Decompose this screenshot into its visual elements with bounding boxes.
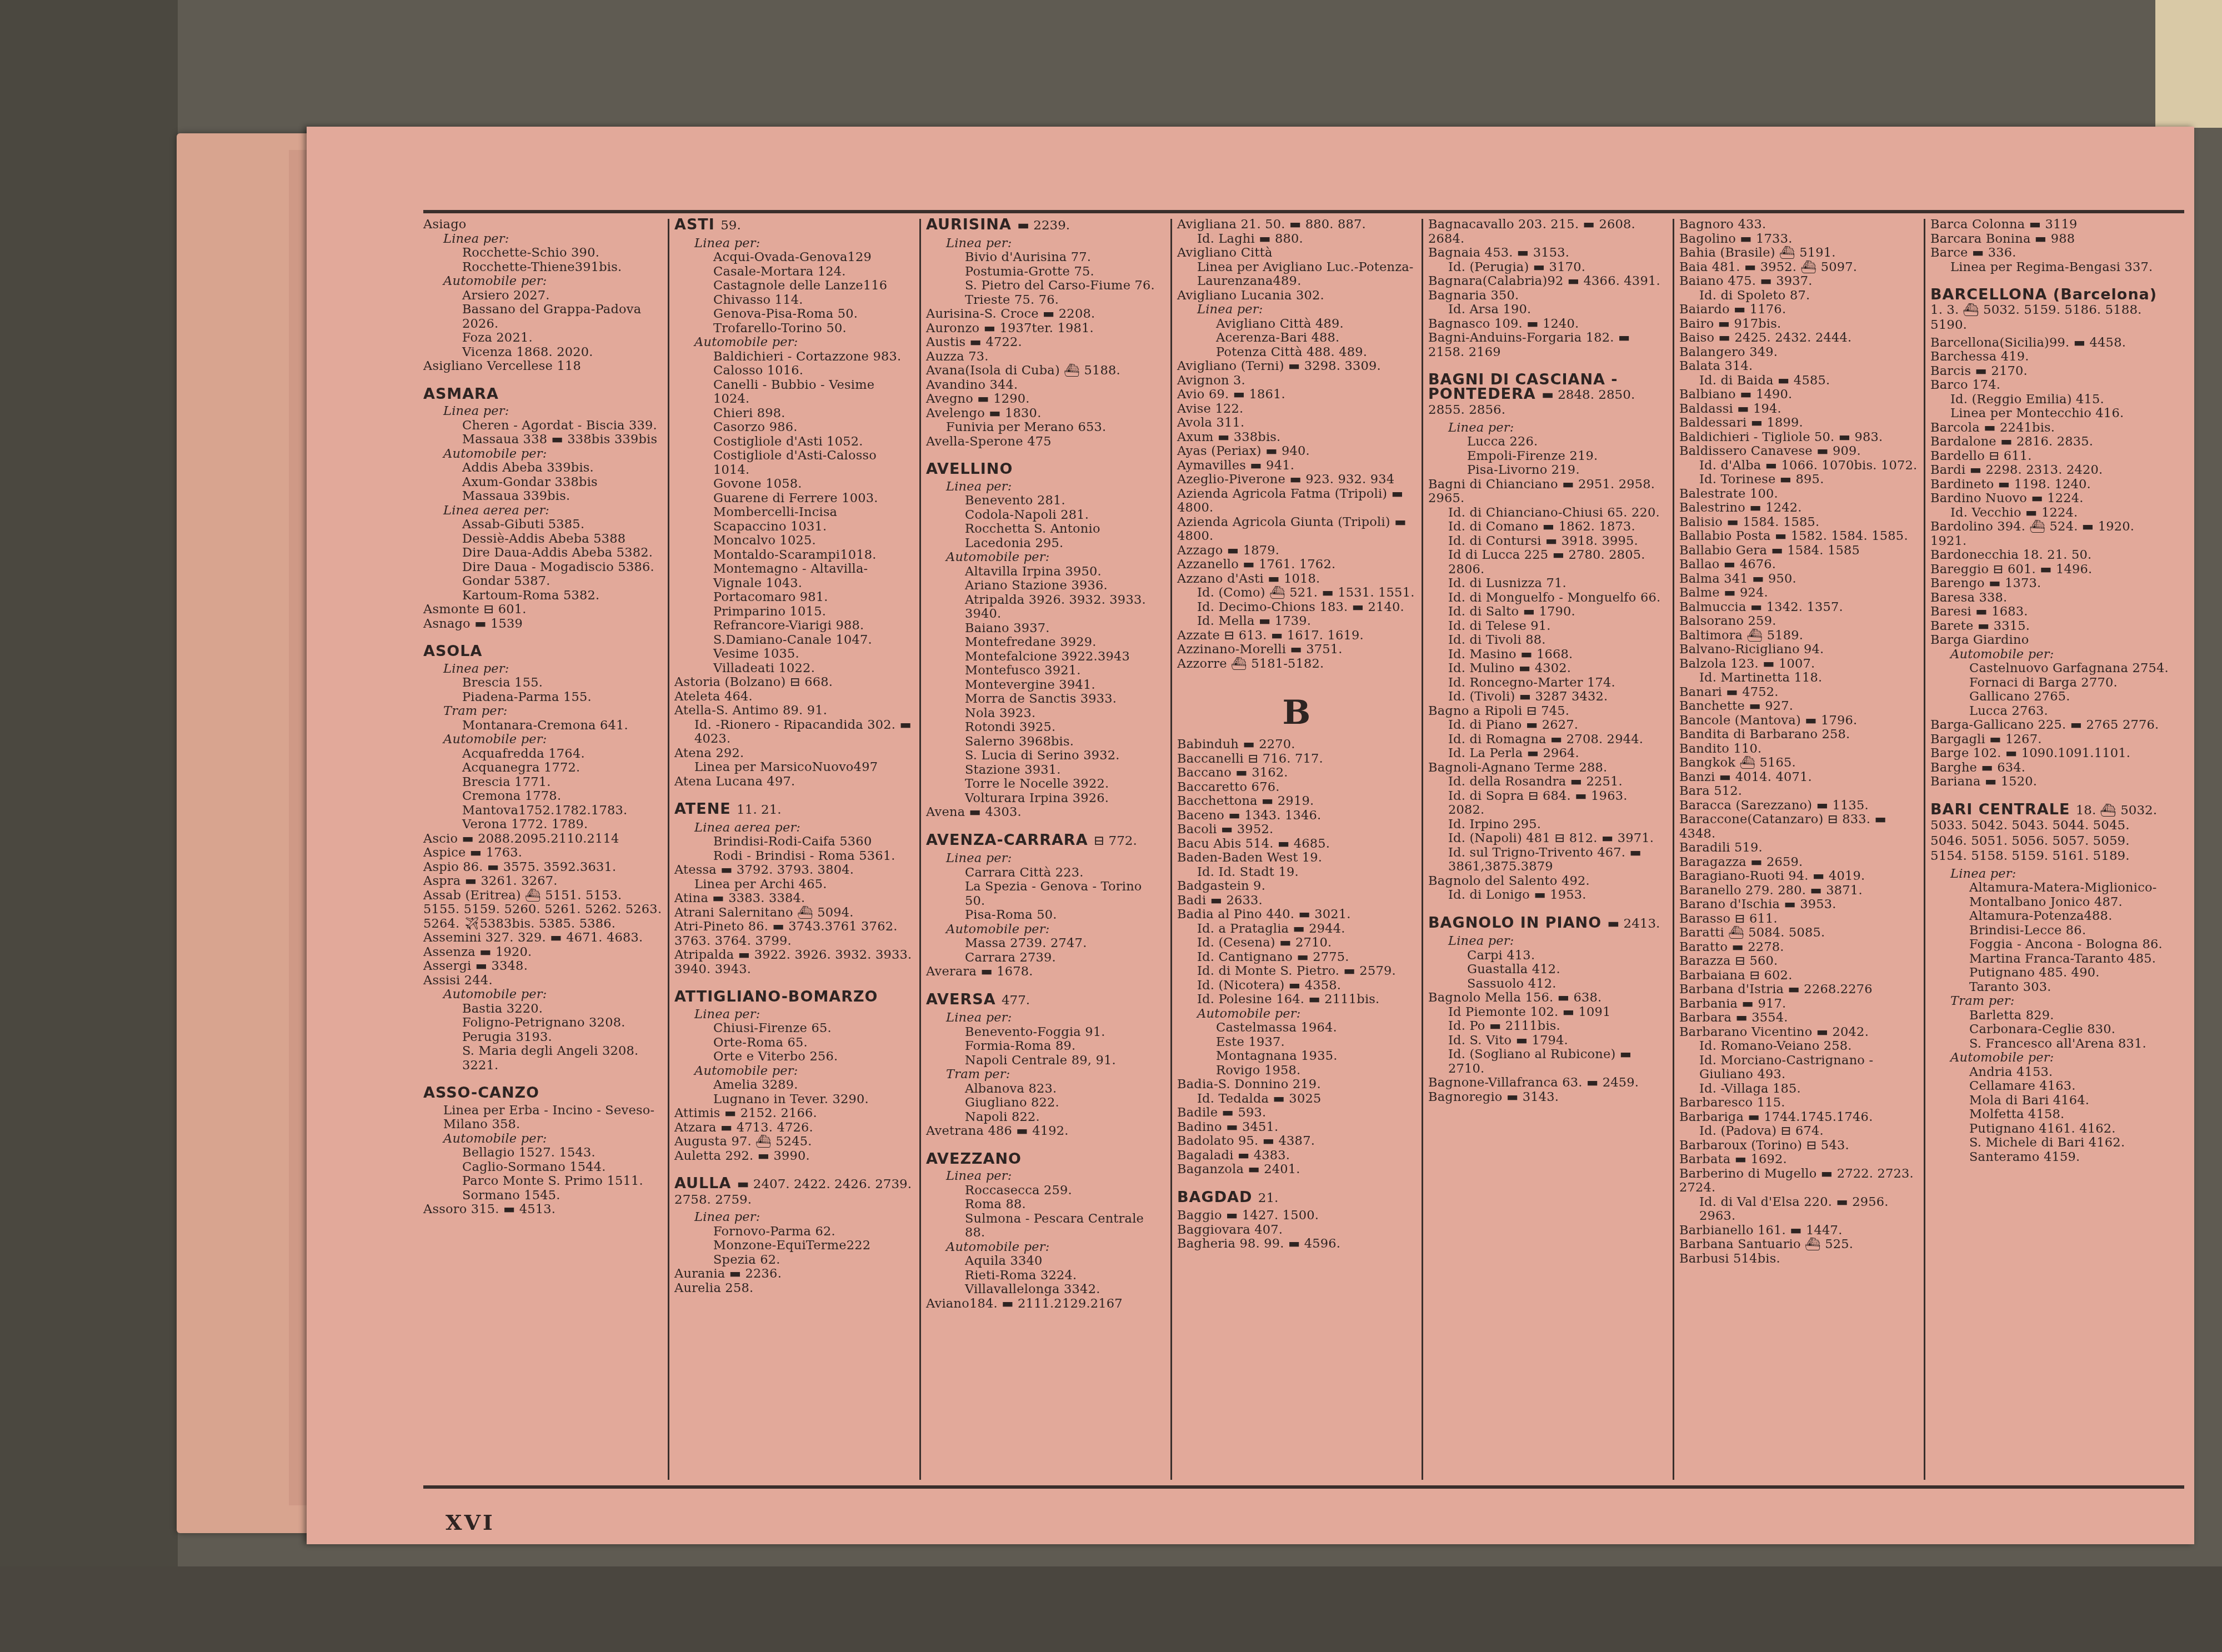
index-entry: Balestrino ▬ 1242. bbox=[1679, 501, 1918, 515]
index-entry: Id. della Rosandra ▬ 2251. bbox=[1428, 775, 1667, 789]
index-entry: Cheren - Agordat - Biscia 339. bbox=[423, 419, 662, 433]
index-entry: Baia 481. ▬ 3952. ⛴ 5097. bbox=[1679, 261, 1918, 275]
station-heading: BAGNOLO IN PIANO ▬ 2413. bbox=[1428, 916, 1667, 932]
index-entry: Id. Po ▬ 2111bis. bbox=[1428, 1019, 1667, 1034]
index-entry: Id. Romano-Veiano 258. bbox=[1679, 1039, 1918, 1054]
service-type-label: Linea per: bbox=[926, 852, 1165, 866]
index-entry: Atina ▬ 3383. 3384. bbox=[674, 892, 913, 906]
timetable-refs: ▬ 2413. bbox=[1608, 917, 1660, 931]
index-entry: Bagolino ▬ 1733. bbox=[1679, 232, 1918, 247]
index-entry: Azienda Agricola Fatma (Tripoli) ▬ 4800. bbox=[1177, 487, 1416, 515]
index-entry: Funivia per Merano 653. bbox=[926, 420, 1165, 435]
index-entry: Formia-Roma 89. bbox=[926, 1039, 1165, 1054]
index-entry: Id. (Como) ⛴ 521. ▬ 1531. 1551. bbox=[1177, 586, 1416, 600]
index-entry: Chieri 898. bbox=[674, 407, 913, 421]
index-entry: Id. Vecchio ▬ 1224. bbox=[1930, 506, 2169, 520]
index-entry: Baganzola ▬ 2401. bbox=[1177, 1163, 1416, 1177]
index-entry: Linea per Regima-Bengasi 337. bbox=[1930, 261, 2169, 275]
index-entry: Augusta 97. ⛴ 5245. bbox=[674, 1135, 913, 1149]
index-entry: Montanara-Cremona 641. bbox=[423, 719, 662, 733]
index-entry: Id. d'Alba ▬ 1066. 1070bis. 1072. bbox=[1679, 459, 1918, 473]
index-entry: Bancole (Mantova) ▬ 1796. bbox=[1679, 714, 1918, 728]
index-entry: Balmuccia ▬ 1342. 1357. bbox=[1679, 600, 1918, 615]
index-frame: AsiagoLinea per:Rocchette-Schio 390.Rocc… bbox=[423, 210, 2184, 1489]
index-entry: Dessiè-Addis Abeba 5388 bbox=[423, 532, 662, 547]
index-entry: Roccasecca 259. bbox=[926, 1184, 1165, 1198]
index-entry: Castelmassa 1964. bbox=[1177, 1021, 1416, 1035]
service-type-label: Automobile per: bbox=[674, 336, 913, 350]
index-entry: Badia al Pino 440. ▬ 3021. bbox=[1177, 908, 1416, 922]
index-entry: S. Maria degli Angeli 3208. 3221. bbox=[423, 1044, 662, 1073]
index-entry: Acqui-Ovada-Genova129 bbox=[674, 251, 913, 265]
index-entry: Banchette ▬ 927. bbox=[1679, 699, 1918, 714]
index-entry: Baiano 3937. bbox=[926, 622, 1165, 636]
index-entry: Ariano Stazione 3936. bbox=[926, 579, 1165, 593]
book-spine-corner bbox=[2155, 0, 2222, 128]
index-entry: Gondar 5387. bbox=[423, 574, 662, 589]
index-entry: Castelnuovo Garfagnana 2754. bbox=[1930, 662, 2169, 676]
service-type-label: Linea aerea per: bbox=[674, 821, 913, 835]
index-entry: Verona 1772. 1789. bbox=[423, 818, 662, 832]
index-entry: Barge 102. ▬ 1090.1091.1101. bbox=[1930, 747, 2169, 761]
station-heading: AVELLINO bbox=[926, 462, 1165, 477]
index-entry: Id. (Nicotera) ▬ 4358. bbox=[1177, 979, 1416, 993]
index-entry: Axum-Gondar 338bis bbox=[423, 475, 662, 490]
index-entry: Bareggio ⊟ 601. ▬ 1496. bbox=[1930, 563, 2169, 577]
index-entry: Carrara Città 223. bbox=[926, 866, 1165, 880]
station-heading-label: ASTI bbox=[674, 216, 715, 233]
index-entry: Barbata ▬ 1692. bbox=[1679, 1153, 1918, 1167]
index-entry: Rovigo 1958. bbox=[1177, 1064, 1416, 1078]
index-entry: Assemini 327. 329. ▬ 4671. 4683. bbox=[423, 931, 662, 945]
index-entry: Bahia (Brasile) ⛴ 5191. bbox=[1679, 246, 1918, 261]
station-heading-label: BARCELLONA (Barcelona) bbox=[1930, 286, 2157, 303]
timetable-refs: 21. bbox=[1258, 1191, 1279, 1205]
index-entry: Assenza ▬ 1920. bbox=[423, 945, 662, 960]
index-entry: Potenza Città 488. 489. bbox=[1177, 346, 1416, 360]
index-entry: Badgastein 9. bbox=[1177, 879, 1416, 894]
index-entry: Acerenza-Bari 488. bbox=[1177, 331, 1416, 346]
index-entry: Baresi ▬ 1683. bbox=[1930, 605, 2169, 619]
index-entry: Addis Abeba 339bis. bbox=[423, 461, 662, 475]
index-entry: Vesime 1035. bbox=[674, 647, 913, 662]
index-entry: Gallicano 2765. bbox=[1930, 690, 2169, 704]
index-entry: Carpi 413. bbox=[1428, 949, 1667, 963]
index-entry: Astoria (Bolzano) ⊟ 668. bbox=[674, 675, 913, 690]
index-entry: Id. a Prataglia ▬ 2944. bbox=[1177, 922, 1416, 937]
index-entry: Montaldo-Scarampi1018. bbox=[674, 548, 913, 563]
index-entry: Azzinano-Morelli ▬ 3751. bbox=[1177, 643, 1416, 657]
index-entry: Bagnoregio ▬ 3143. bbox=[1428, 1090, 1667, 1105]
service-type-label: Automobile per: bbox=[926, 923, 1165, 937]
index-entry: Atena Lucana 497. bbox=[674, 775, 913, 789]
index-entry: Baldichieri - Cortazzone 983. bbox=[674, 350, 913, 364]
index-entry: Bardi ▬ 2298. 2313. 2420. bbox=[1930, 463, 2169, 478]
station-heading: BARCELLONA (Barcelona) 1. 3. ⛴ 5032. 515… bbox=[1930, 288, 2169, 333]
index-entry: Aviano184. ▬ 2111.2129.2167 bbox=[926, 1297, 1165, 1311]
index-entry: Costigliole d'Asti 1052. bbox=[674, 435, 913, 449]
index-entry: Dire Daua - Mogadiscio 5386. bbox=[423, 560, 662, 575]
index-entry: Ateleta 464. bbox=[674, 690, 913, 704]
index-entry: Asiago bbox=[423, 218, 662, 232]
index-entry: Banari ▬ 4752. bbox=[1679, 685, 1918, 700]
timetable-refs: ▬ 2239. bbox=[1017, 218, 1070, 233]
index-entry: Brindisi-Lecce 86. bbox=[1930, 924, 2169, 938]
index-entry: Id. Decimo-Chions 183. ▬ 2140. bbox=[1177, 600, 1416, 615]
index-column: AsiagoLinea per:Rocchette-Schio 390.Rocc… bbox=[423, 218, 662, 1479]
station-heading: AVEZZANO bbox=[926, 1152, 1165, 1167]
index-entry: Acquafredda 1764. bbox=[423, 747, 662, 762]
index-entry: Id. Mulino ▬ 4302. bbox=[1428, 662, 1667, 676]
index-entry: Bardineto ▬ 1198. 1240. bbox=[1930, 478, 2169, 492]
index-entry: Vicenza 1868. 2020. bbox=[423, 346, 662, 360]
index-entry: Monzone-EquiTerme222 bbox=[674, 1239, 913, 1253]
station-heading: AURISINA ▬ 2239. bbox=[926, 218, 1165, 233]
index-entry: Bardalone ▬ 2816. 2835. bbox=[1930, 435, 2169, 449]
index-entry: Montemagno - Altavilla-Vignale 1043. bbox=[674, 562, 913, 590]
station-heading-label: AVENZA-CARRARA bbox=[926, 832, 1088, 849]
index-entry: Austis ▬ 4722. bbox=[926, 336, 1165, 350]
column-divider bbox=[1673, 219, 1674, 1480]
timetable-refs: ⊟ 772. bbox=[1094, 834, 1137, 848]
index-entry: Pisa-Roma 50. bbox=[926, 908, 1165, 923]
index-entry: Baccanelli ⊟ 716. 717. bbox=[1177, 752, 1416, 767]
index-entry: Linea per Erba - Incino - Seveso-Milano … bbox=[423, 1104, 662, 1132]
index-entry: Id. di Chianciano-Chiusi 65. 220. bbox=[1428, 506, 1667, 520]
index-entry: Torre le Nocelle 3922. bbox=[926, 777, 1165, 792]
station-heading: AULLA ▬ 2407. 2422. 2426. 2739. 2758. 27… bbox=[674, 1177, 913, 1207]
index-entry: Barbariga ▬ 1744.1745.1746. bbox=[1679, 1110, 1918, 1125]
index-entry: Trieste 75. 76. bbox=[926, 293, 1165, 308]
index-entry: Avella-Sperone 475 bbox=[926, 435, 1165, 449]
index-entry: Montagnana 1935. bbox=[1177, 1049, 1416, 1064]
index-entry: Baccaretto 676. bbox=[1177, 780, 1416, 795]
index-entry: Linea per Avigliano Luc.-Potenza-Laurenz… bbox=[1177, 261, 1416, 289]
index-entry: Arsiero 2027. bbox=[423, 289, 662, 303]
station-heading: ASSO-CANZO bbox=[423, 1086, 662, 1100]
index-entry: Atrani Salernitano ⛴ 5094. bbox=[674, 906, 913, 920]
index-entry: Mola di Bari 4164. bbox=[1930, 1094, 2169, 1108]
index-entry: Lucca 226. bbox=[1428, 435, 1667, 449]
index-entry: Badile ▬ 593. bbox=[1177, 1106, 1416, 1120]
index-entry: Barca Colonna ▬ 3119 bbox=[1930, 218, 2169, 232]
index-entry: Sulmona - Pescara Centrale 88. bbox=[926, 1212, 1165, 1240]
index-entry: Id. (Padova) ⊟ 674. bbox=[1679, 1124, 1918, 1139]
station-heading-label: AULLA bbox=[674, 1175, 731, 1192]
index-entry: Dire Daua-Addis Abeba 5382. bbox=[423, 546, 662, 560]
service-type-label: Tram per: bbox=[423, 704, 662, 719]
index-entry: Bardonecchia 18. 21. 50. bbox=[1930, 548, 2169, 563]
index-entry: Avise 122. bbox=[1177, 402, 1416, 417]
index-entry: Barbaroux (Torino) ⊟ 543. bbox=[1679, 1139, 1918, 1153]
index-entry: Bivio d'Aurisina 77. bbox=[926, 251, 1165, 265]
index-entry: Orte e Viterbo 256. bbox=[674, 1050, 913, 1064]
index-entry: Azzano d'Asti ▬ 1018. bbox=[1177, 572, 1416, 587]
index-entry: Baresa 338. bbox=[1930, 591, 2169, 605]
index-entry: Baldassi ▬ 194. bbox=[1679, 402, 1918, 417]
index-entry: Auletta 292. ▬ 3990. bbox=[674, 1149, 913, 1164]
index-entry: Assergi ▬ 3348. bbox=[423, 959, 662, 974]
index-entry: Cellamare 4163. bbox=[1930, 1079, 2169, 1094]
station-heading-label: AVEZZANO bbox=[926, 1150, 1022, 1168]
service-type-label: Automobile per: bbox=[423, 733, 662, 747]
index-entry: Salerno 3968bis. bbox=[926, 735, 1165, 749]
index-entry: Id. Arsa 190. bbox=[1428, 303, 1667, 317]
index-entry: Mombercelli-Incisa Scapaccino 1031. bbox=[674, 505, 913, 534]
index-entry: Bacoli ▬ 3952. bbox=[1177, 823, 1416, 837]
index-entry: Avigliano (Terni) ▬ 3298. 3309. bbox=[1177, 359, 1416, 374]
service-type-label: Linea per: bbox=[423, 232, 662, 247]
index-entry: Perugia 3193. bbox=[423, 1030, 662, 1045]
index-entry: Barbianello 161. ▬ 1447. bbox=[1679, 1224, 1918, 1238]
index-entry: Martina Franca-Taranto 485. bbox=[1930, 952, 2169, 967]
service-type-label: Automobile per: bbox=[423, 274, 662, 289]
index-entry: Avena ▬ 4303. bbox=[926, 805, 1165, 820]
index-entry: Linea per MarsicoNuovo497 bbox=[674, 760, 913, 775]
index-entry: Badi ▬ 2633. bbox=[1177, 894, 1416, 908]
index-entry: Bacu Abis 514. ▬ 4685. bbox=[1177, 837, 1416, 852]
index-entry: Balestrate 100. bbox=[1679, 487, 1918, 502]
index-entry: Moncalvo 1025. bbox=[674, 534, 913, 548]
index-entry: Avigliano Città 489. bbox=[1177, 317, 1416, 332]
index-entry: Auzza 73. bbox=[926, 350, 1165, 364]
index-entry: Codola-Napoli 281. bbox=[926, 508, 1165, 523]
index-entry: Id. S. Vito ▬ 1794. bbox=[1428, 1034, 1667, 1048]
index-entry: S. Pietro del Carso-Fiume 76. bbox=[926, 279, 1165, 293]
index-entry: Balma 341 ▬ 950. bbox=[1679, 572, 1918, 587]
index-entry: Id. (Tivoli) ▬ 3287 3432. bbox=[1428, 690, 1667, 704]
index-entry: Baraccone(Catanzaro) ⊟ 833. ▬ 4348. bbox=[1679, 813, 1918, 841]
index-entry: Id. Polesine 164. ▬ 2111bis. bbox=[1177, 993, 1416, 1007]
station-heading-label: BARI CENTRALE bbox=[1930, 801, 2070, 818]
index-entry: Altavilla Irpina 3950. bbox=[926, 565, 1165, 579]
index-entry: Bacchettona ▬ 2919. bbox=[1177, 794, 1416, 809]
index-entry: Atessa ▬ 3792. 3793. 3804. bbox=[674, 863, 913, 878]
index-entry: Id. di Sopra ⊟ 684. ▬ 1963. 2082. bbox=[1428, 789, 1667, 818]
index-entry: Bagnolo Mella 156. ▬ 638. bbox=[1428, 991, 1667, 1005]
index-entry: Azzago ▬ 1879. bbox=[1177, 544, 1416, 558]
index-entry: Baden-Baden West 19. bbox=[1177, 851, 1416, 865]
index-entry: S. Francesco all'Arena 831. bbox=[1930, 1037, 2169, 1052]
index-entry: Spezia 62. bbox=[674, 1253, 913, 1268]
index-entry: Ballabio Posta ▬ 1582. 1584. 1585. bbox=[1679, 529, 1918, 544]
index-entry: Barbarano Vicentino ▬ 2042. bbox=[1679, 1025, 1918, 1040]
index-column: AURISINA ▬ 2239.Linea per:Bivio d'Aurisi… bbox=[926, 218, 1165, 1479]
index-entry: Lugnano in Tever. 3290. bbox=[674, 1093, 913, 1107]
column-divider bbox=[668, 219, 669, 1480]
station-heading: ASMARA bbox=[423, 387, 662, 402]
service-type-label: Automobile per: bbox=[674, 1064, 913, 1079]
timetable-refs: 477. bbox=[1002, 993, 1030, 1008]
index-entry: Avigliana 21. 50. ▬ 880. 887. bbox=[1177, 218, 1416, 232]
index-entry: Sassuolo 412. bbox=[1428, 977, 1667, 992]
index-entry: Casale-Mortara 124. bbox=[674, 265, 913, 279]
index-entry: Kartoum-Roma 5382. bbox=[423, 589, 662, 603]
index-entry: Este 1937. bbox=[1177, 1035, 1416, 1050]
index-entry: Balisio ▬ 1584. 1585. bbox=[1679, 515, 1918, 530]
index-entry: Bagnara(Calabria)92 ▬ 4366. 4391. bbox=[1428, 274, 1667, 289]
index-entry: Balvano-Ricigliano 94. bbox=[1679, 643, 1918, 657]
index-entry: Id. di Lusnizza 71. bbox=[1428, 577, 1667, 591]
index-entry: Id. Morciano-Castrignano -Giuliano 493. bbox=[1679, 1054, 1918, 1082]
index-entry: Calosso 1016. bbox=[674, 364, 913, 378]
index-entry: Barcola ▬ 2241bis. bbox=[1930, 421, 2169, 435]
index-entry: Id. La Perla ▬ 2964. bbox=[1428, 747, 1667, 761]
index-entry: Barasso ⊟ 611. bbox=[1679, 912, 1918, 927]
index-entry: Montefredane 3929. bbox=[926, 635, 1165, 650]
index-entry: Bagnoli-Agnano Terme 288. bbox=[1428, 761, 1667, 775]
index-entry: Id. Torinese ▬ 895. bbox=[1679, 473, 1918, 487]
index-entry: Baiardo ▬ 1176. bbox=[1679, 303, 1918, 317]
index-entry: Bastia 3220. bbox=[423, 1002, 662, 1017]
index-entry: Molfetta 4158. bbox=[1930, 1108, 2169, 1122]
index-entry: Atripalda ▬ 3922. 3926. 3932. 3933. 3940… bbox=[674, 948, 913, 977]
service-type-label: Linea per: bbox=[674, 237, 913, 251]
index-entry: Roma 88. bbox=[926, 1198, 1165, 1212]
index-entry: Id. Laghi ▬ 880. bbox=[1177, 232, 1416, 247]
index-entry: Asnago ▬ 1539 bbox=[423, 617, 662, 632]
index-entry: Putignano 485. 490. bbox=[1930, 966, 2169, 980]
index-entry: Atella-S. Antimo 89. 91. bbox=[674, 704, 913, 718]
station-heading-label: ATTIGLIANO-BOMARZO bbox=[674, 988, 878, 1005]
service-type-label: Linea per: bbox=[674, 1008, 913, 1022]
index-entry: Baltimora ⛴ 5189. bbox=[1679, 629, 1918, 643]
index-entry: Barbana d'Istria ▬ 2268.2276 bbox=[1679, 983, 1918, 997]
index-entry: Id. (Sogliano al Rubicone) ▬ 2710. bbox=[1428, 1048, 1667, 1076]
index-entry: Bagnolo del Salento 492. bbox=[1428, 874, 1667, 889]
index-entry: Barbana Santuario ⛴ 525. bbox=[1679, 1238, 1918, 1252]
index-entry: Balangero 349. bbox=[1679, 346, 1918, 360]
index-entry: Avigliano Città bbox=[1177, 246, 1416, 261]
page-number: XVI bbox=[446, 1510, 495, 1535]
index-entry: Baccano ▬ 3162. bbox=[1177, 766, 1416, 780]
index-entry: Bagni di Chianciano ▬ 2951. 2958. 2965. bbox=[1428, 478, 1667, 506]
index-entry: Aspio 86. ▬ 3575. 3592.3631. bbox=[423, 860, 662, 875]
timetable-refs: 59. bbox=[720, 218, 741, 233]
index-entry: Barbara ▬ 3554. bbox=[1679, 1011, 1918, 1025]
index-entry: Bagnoro 433. bbox=[1679, 218, 1918, 232]
index-column: Avigliana 21. 50. ▬ 880. 887.Id. Laghi ▬… bbox=[1177, 218, 1416, 1479]
index-entry: Baggiovara 407. bbox=[1177, 1223, 1416, 1238]
service-type-label: Linea per: bbox=[926, 1011, 1165, 1025]
scan-background-left bbox=[0, 0, 178, 1652]
index-entry: Lucca 2763. bbox=[1930, 704, 2169, 719]
index-entry: Id. -Rionero - Ripacandida 302. ▬ 4023. bbox=[674, 718, 913, 747]
index-entry: Massaua 339bis. bbox=[423, 489, 662, 504]
index-entry: Postumia-Grotte 75. bbox=[926, 265, 1165, 279]
index-entry: Id. Masino ▬ 1668. bbox=[1428, 648, 1667, 662]
index-entry: Barco 174. bbox=[1930, 378, 2169, 393]
index-entry: Id. di Val d'Elsa 220. ▬ 2956. 2963. bbox=[1679, 1195, 1918, 1224]
service-type-label: Automobile per: bbox=[423, 1132, 662, 1147]
index-entry: Barete ▬ 3315. bbox=[1930, 619, 2169, 634]
service-type-label: Linea aerea per: bbox=[423, 504, 662, 518]
index-entry: Bairo ▬ 917bis. bbox=[1679, 317, 1918, 332]
index-entry: Attimis ▬ 2152. 2166. bbox=[674, 1107, 913, 1121]
index-entry: Casorzo 986. bbox=[674, 420, 913, 435]
index-entry: Avandino 344. bbox=[926, 378, 1165, 393]
index-entry: Id. Irpino 295. bbox=[1428, 818, 1667, 832]
index-entry: Id Piemonte 102. ▬ 1091 bbox=[1428, 1005, 1667, 1020]
index-entry: Sormano 1545. bbox=[423, 1189, 662, 1203]
index-entry: Auronzo ▬ 1937ter. 1981. bbox=[926, 322, 1165, 336]
index-entry: Aymavilles ▬ 941. bbox=[1177, 459, 1416, 473]
index-entry: Rotondi 3925. bbox=[926, 720, 1165, 735]
index-entry: Barano d'Ischia ▬ 3953. bbox=[1679, 898, 1918, 912]
index-entry: Badolato 95. ▬ 4387. bbox=[1177, 1134, 1416, 1149]
index-entry: Bandito 110. bbox=[1679, 742, 1918, 757]
station-heading-label: ASOLA bbox=[423, 643, 482, 660]
index-entry: Brescia 155. bbox=[423, 676, 662, 690]
service-type-label: Linea per: bbox=[926, 237, 1165, 251]
index-entry: Ballao ▬ 4676. bbox=[1679, 558, 1918, 572]
service-type-label: Automobile per: bbox=[1930, 648, 2169, 662]
timetable-refs: 11. 21. bbox=[737, 803, 781, 817]
index-entry: Id. di Spoleto 87. bbox=[1679, 289, 1918, 303]
index-entry: Montefusco 3921. bbox=[926, 664, 1165, 678]
index-entry: Assisi 244. bbox=[423, 974, 662, 988]
index-entry: Fornaci di Barga 2770. bbox=[1930, 676, 2169, 690]
column-divider bbox=[1924, 219, 1925, 1480]
index-entry: Guarene di Ferrere 1003. bbox=[674, 492, 913, 506]
index-entry: Avegno ▬ 1290. bbox=[926, 392, 1165, 407]
index-entry: Baggio ▬ 1427. 1500. bbox=[1177, 1209, 1416, 1223]
index-entry: Genova-Pisa-Roma 50. bbox=[674, 307, 913, 322]
index-entry: Badia-S. Donnino 219. bbox=[1177, 1078, 1416, 1092]
index-entry: Assab (Eritrea) ⛴ 5151. 5153. 5155. 5159… bbox=[423, 889, 662, 932]
index-entry: Barcis ▬ 2170. bbox=[1930, 364, 2169, 379]
index-entry: Id. di Monguelfo - Monguelfo 66. bbox=[1428, 591, 1667, 605]
index-entry: Barbaresco 115. bbox=[1679, 1096, 1918, 1110]
index-entry: Bagnone-Villafranca 63. ▬ 2459. bbox=[1428, 1076, 1667, 1090]
index-entry: Avana(Isola di Cuba) ⛴ 5188. bbox=[926, 364, 1165, 378]
index-entry: Atripalda 3926. 3932. 3933. 3940. bbox=[926, 593, 1165, 622]
index-entry: Altamura-Potenza488. bbox=[1930, 909, 2169, 924]
index-column: Bagnacavallo 203. 215. ▬ 2608. 2684.Bagn… bbox=[1428, 218, 1667, 1479]
index-entry: Avignon 3. bbox=[1177, 374, 1416, 388]
service-type-label: Automobile per: bbox=[1177, 1007, 1416, 1022]
index-entry: Id. (Perugia) ▬ 3170. bbox=[1428, 261, 1667, 275]
index-entry: Caglio-Sormano 1544. bbox=[423, 1160, 662, 1175]
index-entry: Altamura-Matera-Miglionico-Montalbano Jo… bbox=[1930, 881, 2169, 909]
index-entry: Massa 2739. 2747. bbox=[926, 937, 1165, 951]
index-entry: Carbonara-Ceglie 830. bbox=[1930, 1023, 2169, 1037]
index-entry: Barengo ▬ 1373. bbox=[1930, 577, 2169, 591]
index-entry: Baragazza ▬ 2659. bbox=[1679, 855, 1918, 870]
index-entry: Baldissero Canavese ▬ 909. bbox=[1679, 444, 1918, 459]
index-entry: Canelli - Bubbio - Vesime 1024. bbox=[674, 378, 913, 407]
index-entry: Foligno-Petrignano 3208. bbox=[423, 1016, 662, 1030]
index-entry: Orte-Roma 65. bbox=[674, 1036, 913, 1050]
service-type-label: Linea per: bbox=[1177, 303, 1416, 317]
index-entry: Giugliano 822. bbox=[926, 1096, 1165, 1110]
index-entry: Carrara 2739. bbox=[926, 951, 1165, 965]
index-entry: Bassano del Grappa-Padova 2026. bbox=[423, 303, 662, 331]
index-entry: Bagno a Ripoli ⊟ 745. bbox=[1428, 704, 1667, 719]
index-entry: Stazione 3931. bbox=[926, 763, 1165, 778]
service-type-label: Tram per: bbox=[926, 1068, 1165, 1082]
index-entry: Villadeati 1022. bbox=[674, 662, 913, 676]
index-entry: Badino ▬ 3451. bbox=[1177, 1120, 1416, 1135]
index-entry: Id. di Baida ▬ 4585. bbox=[1679, 374, 1918, 388]
index-entry: Avio 69. ▬ 1861. bbox=[1177, 388, 1416, 402]
index-entry: Napoli 822. bbox=[926, 1110, 1165, 1125]
index-entry: Bagheria 98. 99. ▬ 4596. bbox=[1177, 1237, 1416, 1251]
service-type-label: Automobile per: bbox=[926, 550, 1165, 565]
index-entry: Napoli Centrale 89, 91. bbox=[926, 1054, 1165, 1068]
index-entry: Barga Giardino bbox=[1930, 633, 2169, 648]
index-entry: Avetrana 486 ▬ 4192. bbox=[926, 1124, 1165, 1139]
